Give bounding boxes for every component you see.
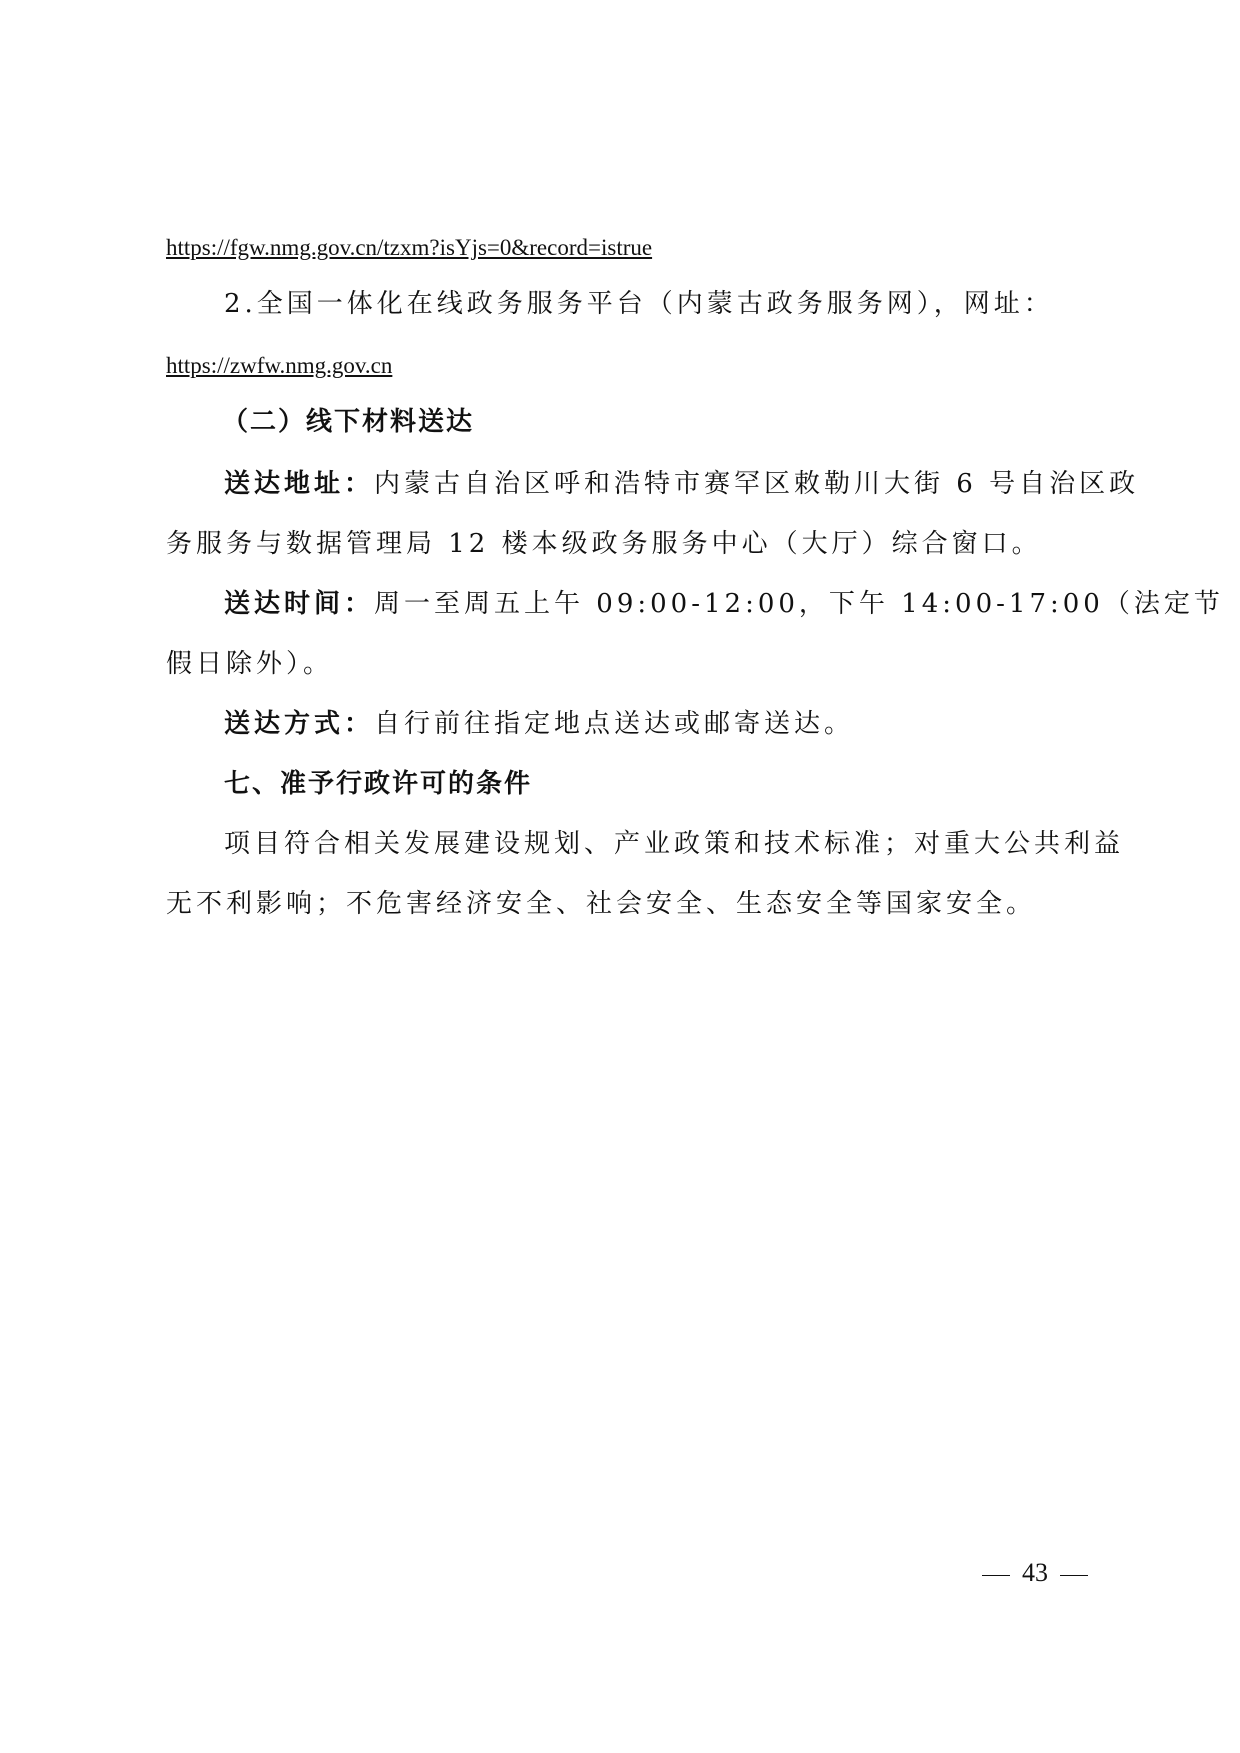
dash-right — [1060, 1575, 1088, 1576]
page-number-footer: 43 — [970, 1556, 1100, 1590]
page-number: 43 — [1022, 1558, 1048, 1587]
delivery-address-label: 送达地址： — [224, 469, 374, 499]
approval-conditions-line-2: 无不利影响；不危害经济安全、社会安全、生态安全等国家安全。 — [166, 884, 1086, 924]
approval-conditions-line-1: 项目符合相关发展建设规划、产业政策和技术标准；对重大公共利益 — [224, 824, 1144, 864]
delivery-address-line-2: 务服务与数据管理局 12 楼本级政务服务中心（大厅）综合窗口。 — [166, 524, 1086, 564]
delivery-time-value: 周一至周五上午 09:00-12:00，下午 14:00-17:00（法定节 — [374, 589, 1224, 619]
dash-left — [982, 1575, 1010, 1576]
delivery-method-line: 送达方式：自行前往指定地点送达或邮寄送达。 — [224, 704, 1144, 744]
document-page: https://fgw.nmg.gov.cn/tzxm?isYjs=0&reco… — [0, 0, 1240, 1753]
delivery-address-line-1: 送达地址：内蒙古自治区呼和浩特市赛罕区敕勒川大街 6 号自治区政 — [224, 464, 1144, 504]
delivery-time-line-1: 送达时间：周一至周五上午 09:00-12:00，下午 14:00-17:00（… — [224, 584, 1144, 624]
delivery-address-value: 内蒙古自治区呼和浩特市赛罕区敕勒川大街 6 号自治区政 — [374, 469, 1139, 499]
item-2-text: 2.全国一体化在线政务服务平台（内蒙古政务服务网），网址： — [224, 284, 1144, 324]
link-fgw-url[interactable]: https://fgw.nmg.gov.cn/tzxm?isYjs=0&reco… — [166, 228, 1086, 268]
delivery-time-line-2: 假日除外）。 — [166, 644, 1086, 684]
delivery-method-value: 自行前往指定地点送达或邮寄送达。 — [374, 709, 854, 739]
delivery-method-label: 送达方式： — [224, 709, 374, 739]
link-zwfw-url[interactable]: https://zwfw.nmg.gov.cn — [166, 346, 1086, 386]
delivery-time-label: 送达时间： — [224, 589, 374, 619]
section-heading-offline-delivery: （二）线下材料送达 — [222, 402, 1142, 442]
section-heading-approval-conditions: 七、准予行政许可的条件 — [224, 764, 1144, 804]
